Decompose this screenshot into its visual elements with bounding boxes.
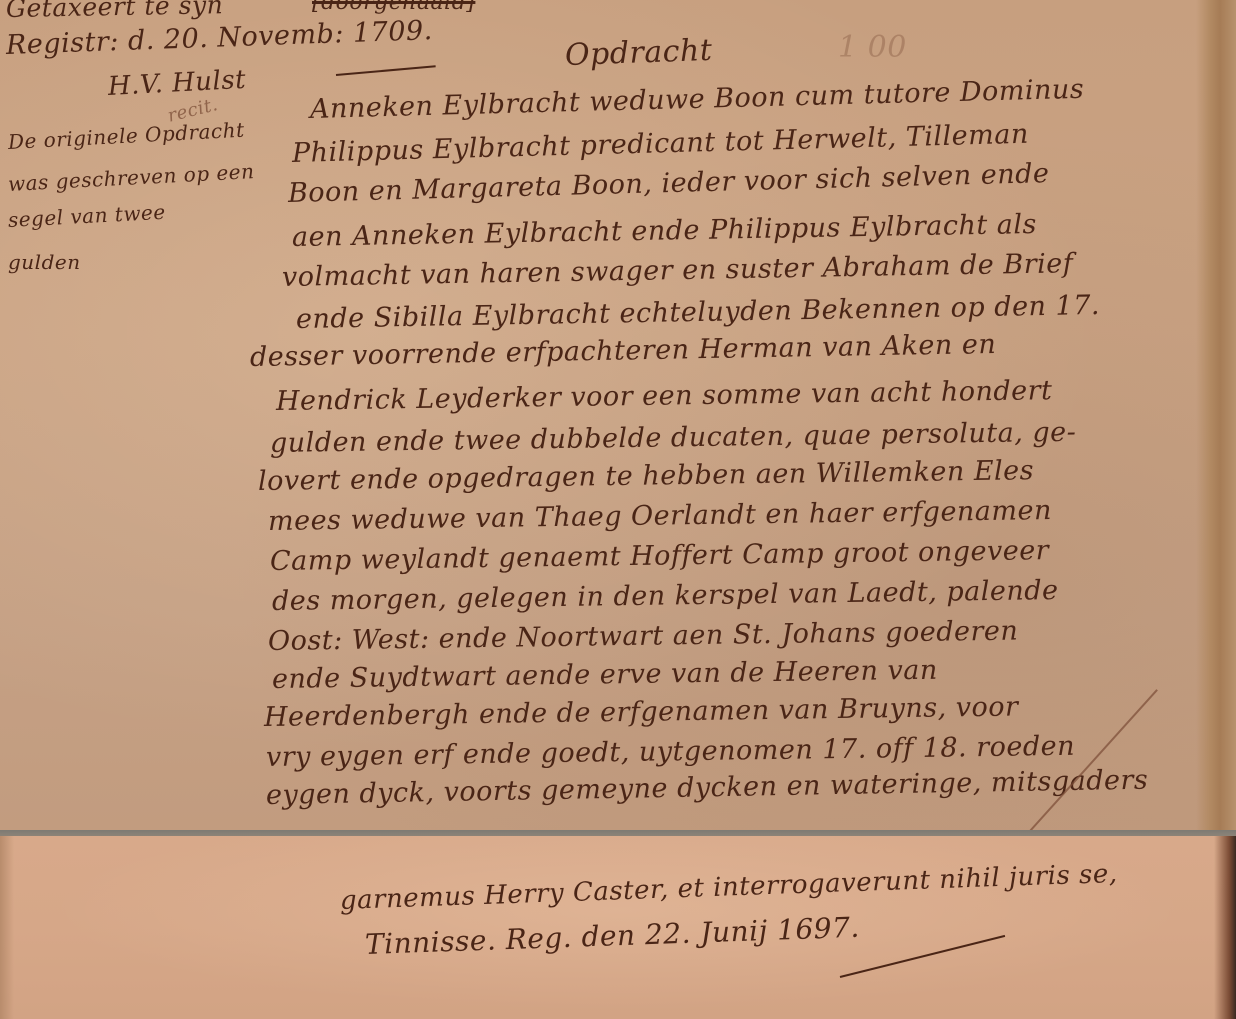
body-line: mees weduwe van Thaeg Oerlandt en haer e… [268,495,1052,537]
body-line: desser voorrende erfpachteren Herman van… [250,329,997,373]
body-line: ende Sibilla Eylbracht echteluyden Beken… [296,290,1100,335]
lower-line: garnemus Herry Caster, et interrogaverun… [339,859,1118,916]
document-title: Opdracht [564,33,713,73]
lower-line: Tinnisse. Reg. den 22. Junij 1697. [364,911,860,961]
body-line: lovert ende opgedragen te hebben aen Wil… [258,455,1034,497]
body-line: eygen dyck, voorts gemeyne dycken en wat… [266,765,1149,811]
lower-page: garnemus Herry Caster, et interrogaverun… [0,836,1236,1019]
margin-note-line: was geschreven op een [7,159,255,196]
registrar-signature: H.V. Hulst [107,65,247,102]
margin-note-line: gulden [8,250,81,274]
body-line: volmacht van haren swager en suster Abra… [282,248,1074,293]
margin-note-line: De originele Opdracht [7,118,245,154]
upper-page: Getaxeert te syn [doorgehaald] Registr: … [0,0,1236,830]
body-line: Hendrick Leyderker voor een somme van ac… [276,375,1053,417]
body-line: Anneken Eylbracht weduwe Boon cum tutore… [310,74,1085,125]
closing-flourish [840,935,1005,978]
body-line: aen Anneken Eylbracht ende Philippus Eyl… [292,209,1037,253]
document-scan: Getaxeert te syn [doorgehaald] Registr: … [0,0,1236,1019]
body-line: des morgen, gelegen in den kerspel van L… [272,575,1059,617]
body-line: vry eygen erf ende goedt, uytgenomen 17.… [266,731,1075,773]
body-line: Oost: West: ende Noortwart aen St. Johan… [268,616,1019,657]
body-line: ende Suydtwart aende erve van de Heeren … [272,655,938,695]
page-edge-right [1214,836,1236,1019]
page-edge-left [0,836,14,1019]
header-line-1: Getaxeert te syn [6,0,224,23]
body-line: Camp weylandt genaemt Hoffert Camp groot… [270,535,1050,577]
date-underline [336,65,436,76]
margin-note-line: segel van twee [7,200,166,232]
registration-date: Registr: d. 20. Novemb: 1709. [5,15,433,61]
body-line: gulden ende twee dubbelde ducaten, quae … [270,417,1077,459]
book-binding [1196,0,1236,830]
struck-text: [doorgehaald] [312,0,475,15]
faint-mark: 1 00 [838,30,907,65]
body-line: Heerdenbergh ende de erfgenamen van Bruy… [264,691,1019,733]
